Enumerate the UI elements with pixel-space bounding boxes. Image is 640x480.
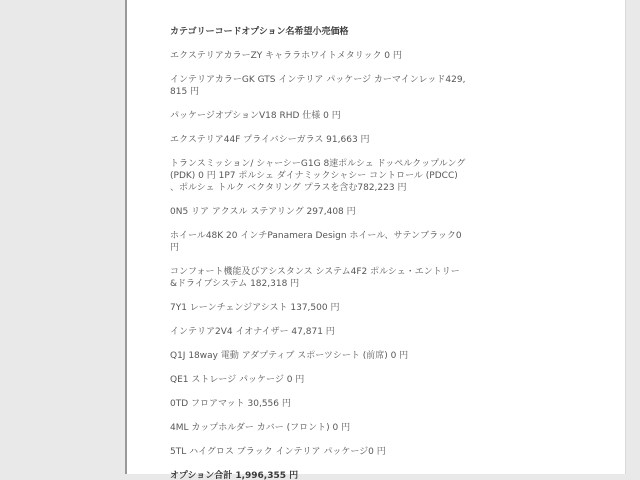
option-line-ionizer: インテリア2V4 イオナイザー 47,871 円	[170, 326, 466, 338]
option-line-high-gloss-black-interior: 5TL ハイグロス ブラック インテリア パッケージ0 円	[170, 446, 466, 458]
document-page: カテゴリーコードオプション名希望小売価格 エクステリアカラーZY キャララホワイ…	[125, 0, 626, 474]
option-line-rear-axle-steering: 0N5 リア アクスル ステアリング 297,408 円	[170, 206, 466, 218]
option-line-floor-mats: 0TD フロアマット 30,556 円	[170, 398, 466, 410]
option-line-lane-change-assist: 7Y1 レーンチェンジアシスト 137,500 円	[170, 302, 466, 314]
option-line-adaptive-sport-seats: Q1J 18way 電動 アダプティブ スポーツシート (前席) 0 円	[170, 350, 466, 362]
options-total: オプション合計 1,996,355 円	[170, 470, 466, 480]
option-line-cupholder-cover: 4ML カップホルダー カバー (フロント) 0 円	[170, 422, 466, 434]
option-line-transmission-chassis: トランスミッション/ シャーシーG1G 8速ポルシェ ドッペルクップルング(PD…	[170, 158, 466, 194]
option-line-privacy-glass: エクステリア44F プライバシーガラス 91,663 円	[170, 134, 466, 146]
option-line-wheels: ホイール48K 20 インチPanamera Design ホイール、サテンブラ…	[170, 230, 466, 254]
option-line-exterior-color: エクステリアカラーZY キャララホワイトメタリック 0 円	[170, 50, 466, 62]
option-line-package-option-rhd: パッケージオプションV18 RHD 仕様 0 円	[170, 110, 466, 122]
option-line-storage-package: QE1 ストレージ パッケージ 0 円	[170, 374, 466, 386]
options-list: カテゴリーコードオプション名希望小売価格 エクステリアカラーZY キャララホワイ…	[127, 0, 466, 480]
option-line-interior-color: インテリアカラーGK GTS インテリア パッケージ カーマインレッド429,8…	[170, 74, 466, 98]
options-table-header: カテゴリーコードオプション名希望小売価格	[170, 26, 466, 38]
option-line-comfort-assistance: コンフォート機能及びアシスタンス システム4F2 ポルシェ・エントリー&ドライブ…	[170, 266, 466, 290]
